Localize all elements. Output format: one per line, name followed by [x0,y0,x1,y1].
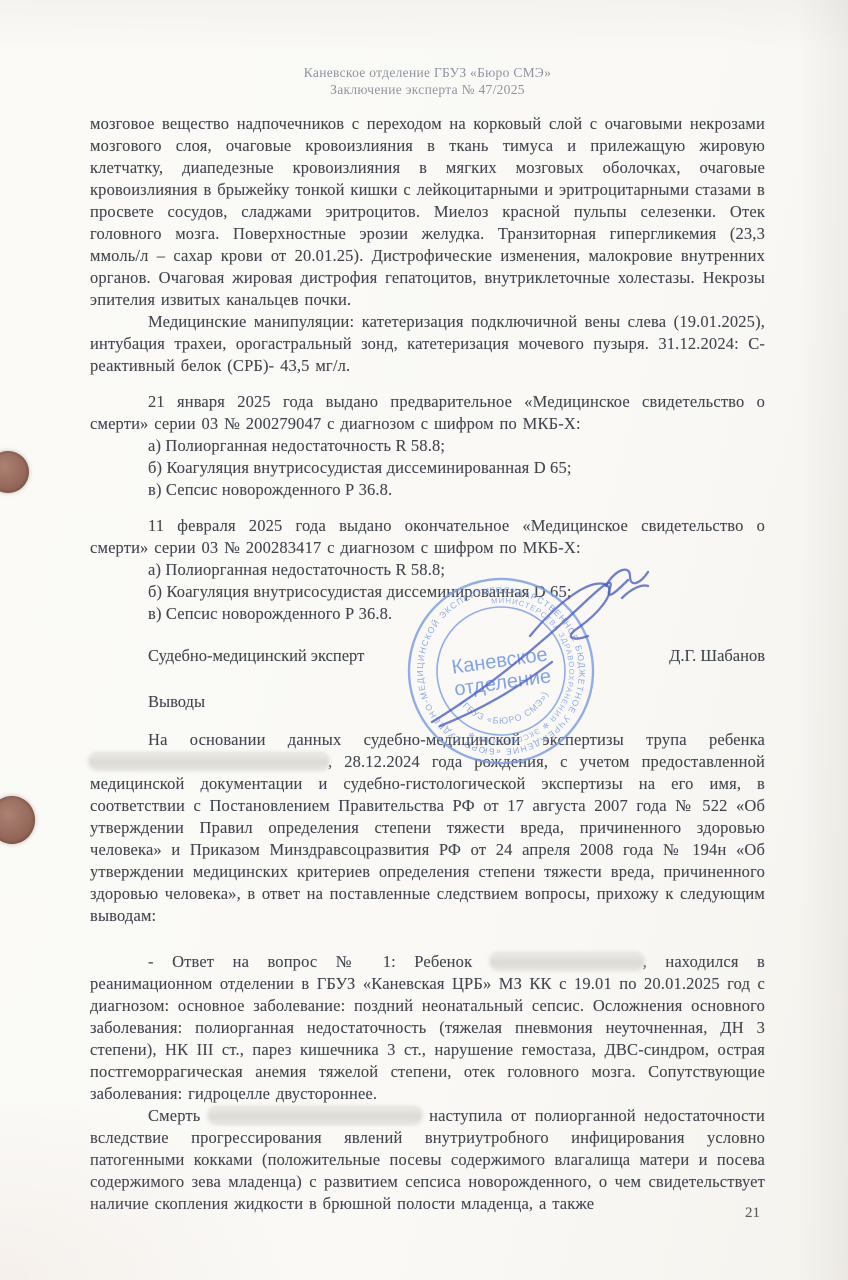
document-header: Каневское отделение ГБУЗ «Бюро СМЭ» Закл… [90,64,765,98]
header-org-line: Каневское отделение ГБУЗ «Бюро СМЭ» [90,64,765,81]
basis-text-before: На основании данных судебно-медицинской … [148,730,765,749]
paragraph-certificate-final: 11 февраля 2025 года выдано окончательно… [90,515,765,559]
mkb-item: а) Полиорганная недостаточность R 58.8; [148,559,765,581]
mkb-item: б) Коагуляция внутрисосудистая диссемини… [148,581,765,603]
punch-hole-top [0,451,29,493]
basis-text-after: , 28.12.2024 года рождения, с учетом пре… [90,752,765,925]
expert-name: Д.Г. Шабанов [669,645,765,667]
answer1-text-before: - Ответ на вопрос № 1: Ребенок [148,952,472,971]
paragraph-medical-manipulations: Медицинские манипуляции: катетеризация п… [90,311,765,377]
paragraph-cause-of-death: Смерть наступила от полиорганной недоста… [90,1105,765,1215]
redacted-child-name [491,954,643,969]
answer1-text-after: , находился в реанимационном отделении в… [90,952,765,1103]
mkb-item: в) Сепсис новорожденного Р 36.8. [148,603,765,625]
scanned-document-page: Каневское отделение ГБУЗ «Бюро СМЭ» Закл… [0,0,848,1280]
document-content: Каневское отделение ГБУЗ «Бюро СМЭ» Закл… [90,64,765,1215]
signature-row: Судебно-медицинский эксперт Д.Г. Шабанов [90,645,765,667]
paragraph-legal-basis: На основании данных судебно-медицинской … [90,729,765,927]
mkb-item: в) Сепсис новорожденного Р 36.8. [148,479,765,501]
mkb-list-preliminary: а) Полиорганная недостаточность R 58.8; … [90,435,765,501]
death-text-before: Смерть [148,1106,200,1125]
expert-role-label: Судебно-медицинский эксперт [90,645,364,667]
page-number: 21 [745,1205,760,1222]
paragraph-certificate-preliminary: 21 января 2025 года выдано предварительн… [90,391,765,435]
redacted-child-name [209,1108,421,1123]
header-report-number: Заключение эксперта № 47/2025 [90,81,765,98]
redacted-child-name [90,754,328,769]
conclusions-heading: Выводы [90,691,765,713]
mkb-item: б) Коагуляция внутрисосудистая диссемини… [148,457,765,479]
mkb-list-final: а) Полиорганная недостаточность R 58.8; … [90,559,765,625]
paragraph-answer-question-1: - Ответ на вопрос № 1: Ребенок , находил… [90,951,765,1105]
paragraph-autopsy-findings: мозговое вещество надпочечников с перехо… [90,113,765,311]
punch-hole-bottom [0,796,35,844]
mkb-item: а) Полиорганная недостаточность R 58.8; [148,435,765,457]
